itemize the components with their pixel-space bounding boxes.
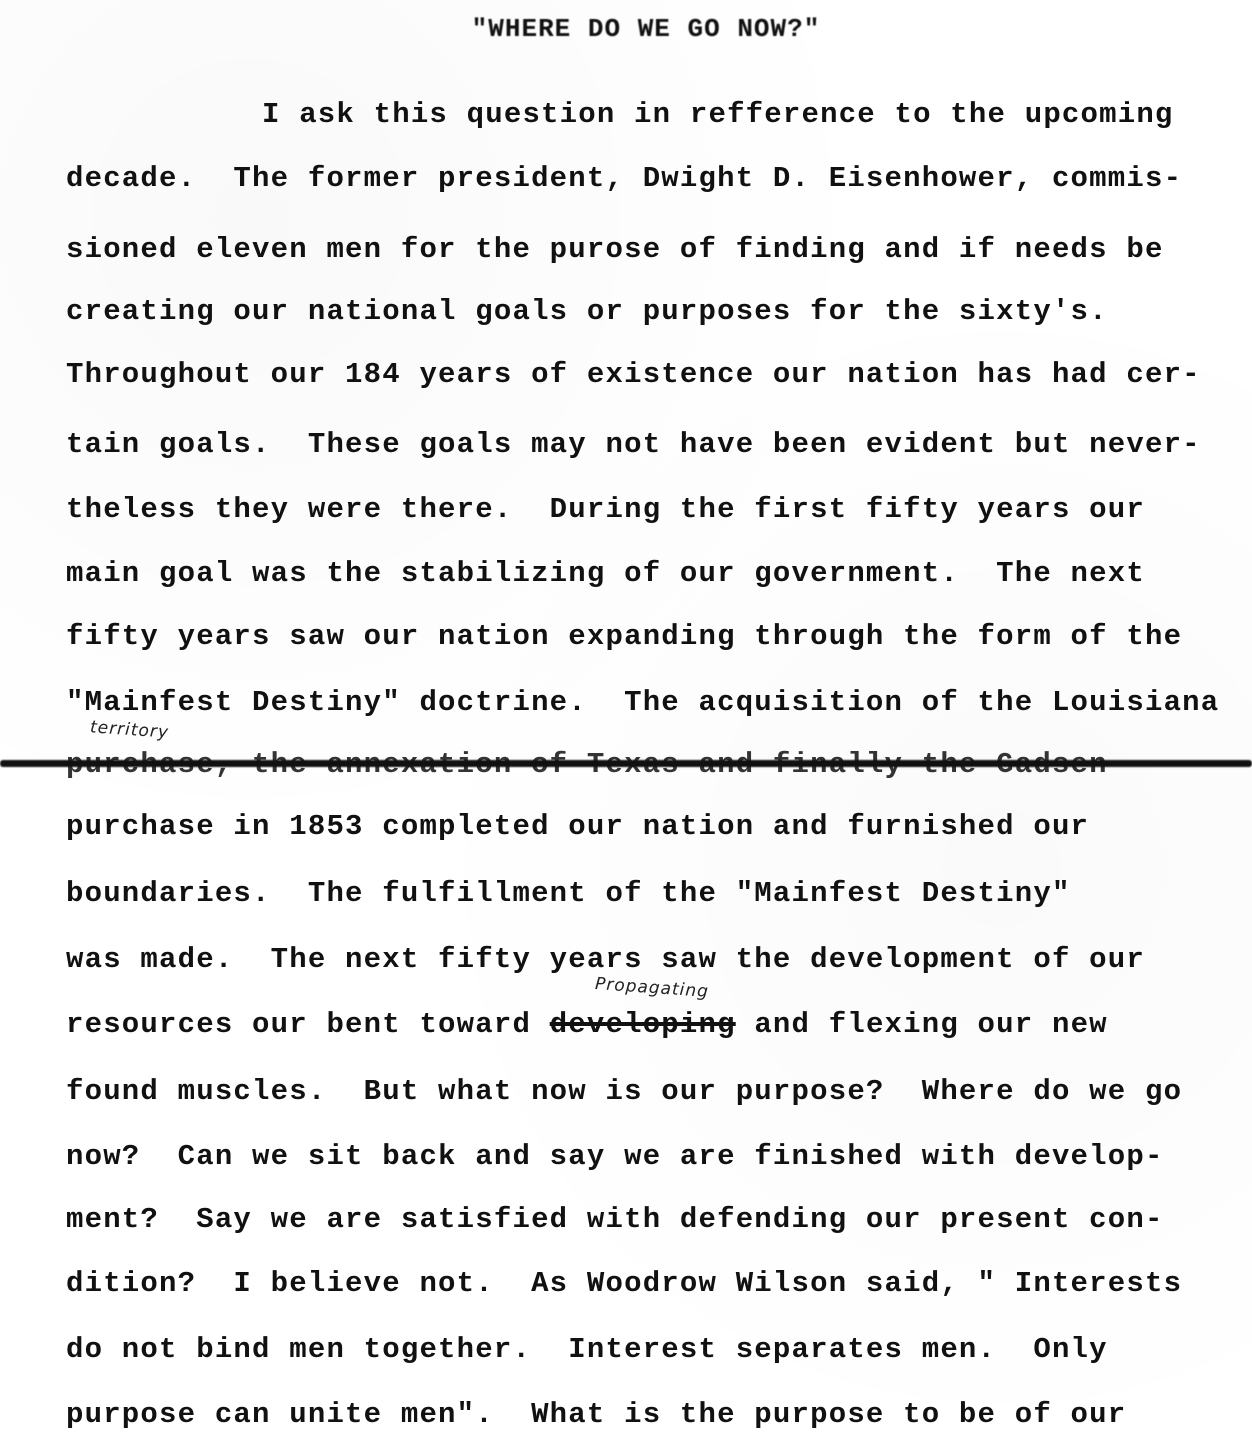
text-line: do not bind men together. Interest separ…	[66, 1333, 1108, 1366]
document-page: "WHERE DO WE GO NOW?" I ask this questio…	[0, 0, 1252, 1446]
text-line: main goal was the stabilizing of our gov…	[66, 557, 1145, 590]
text-line: fifty years saw our nation expanding thr…	[66, 620, 1182, 653]
text-line: resources our bent toward developing and…	[66, 1008, 1108, 1041]
strikethrough-mark	[0, 760, 1252, 767]
text-line: sioned eleven men for the purose of find…	[66, 233, 1164, 266]
text-line: I ask this question in refference to the…	[262, 98, 1174, 131]
text-line: now? Can we sit back and say we are fini…	[66, 1140, 1164, 1173]
text-line: boundaries. The fulfillment of the "Main…	[66, 877, 1071, 910]
text-line: decade. The former president, Dwight D. …	[66, 162, 1182, 195]
text-line: creating our national goals or purposes …	[66, 295, 1108, 328]
text-line: Throughout our 184 years of existence ou…	[66, 358, 1201, 391]
text-line: "Mainfest Destiny" doctrine. The acquisi…	[66, 686, 1219, 719]
handwritten-annotation-territory: territory	[89, 717, 169, 742]
document-title: "WHERE DO WE GO NOW?"	[0, 14, 1252, 44]
text-line: found muscles. But what now is our purpo…	[66, 1075, 1182, 1108]
text-line: tain goals. These goals may not have bee…	[66, 428, 1201, 461]
text-line: ment? Say we are satisfied with defendin…	[66, 1203, 1164, 1236]
struck-word: developing	[550, 1008, 736, 1041]
text-line: purpose can unite men". What is the purp…	[66, 1398, 1126, 1431]
text-line: purchase in 1853 completed our nation an…	[66, 810, 1089, 843]
text-line: theless they were there. During the firs…	[66, 493, 1145, 526]
text-line: dition? I believe not. As Woodrow Wilson…	[66, 1267, 1182, 1300]
text-line: was made. The next fifty years saw the d…	[66, 943, 1145, 976]
handwritten-annotation-propagating: Propagating	[594, 974, 709, 1002]
